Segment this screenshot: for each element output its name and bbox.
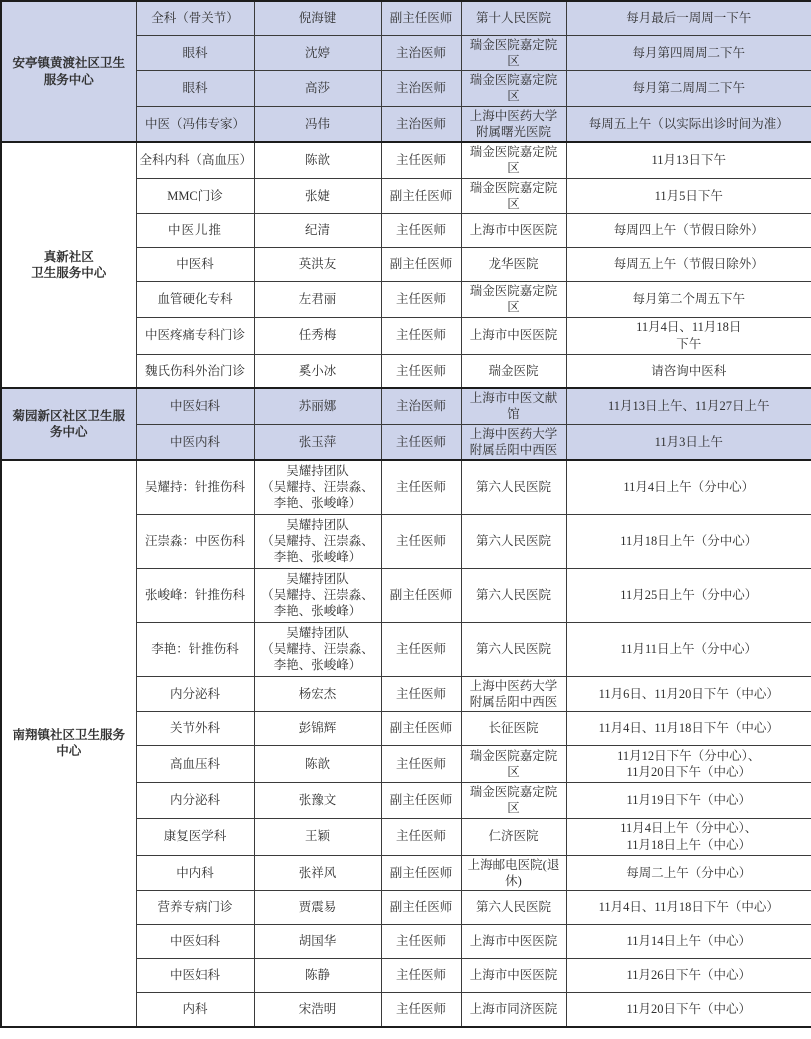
hospital-cell: 瑞金医院嘉定院 区 — [461, 746, 566, 783]
hospital-cell: 第十人民医院 — [461, 1, 566, 35]
schedule-cell: 11月4日上午（分中心）、 11月18日上午（中心） — [566, 818, 811, 855]
doctor-title-cell: 副主任医师 — [381, 855, 461, 891]
doctor-title-cell: 主任医师 — [381, 282, 461, 318]
department-cell: 关节外科 — [136, 712, 254, 746]
doctor-title-cell: 主任医师 — [381, 676, 461, 712]
doctor-name-cell: 吴耀持团队 （吴耀持、汪崇淼、 李艳、张峻峰） — [254, 514, 381, 568]
department-cell: 内分泌科 — [136, 676, 254, 712]
doctor-title-cell: 主任医师 — [381, 925, 461, 959]
doctor-title-cell: 副主任医师 — [381, 891, 461, 925]
doctor-title-cell: 主任医师 — [381, 514, 461, 568]
doctor-title-cell: 主任医师 — [381, 818, 461, 855]
doctor-name-cell: 冯伟 — [254, 106, 381, 142]
doctor-title-cell: 副主任医师 — [381, 783, 461, 819]
doctor-title-cell: 主任医师 — [381, 959, 461, 993]
doctor-title-cell: 副主任医师 — [381, 712, 461, 746]
hospital-cell: 上海市中医文献 馆 — [461, 388, 566, 424]
hospital-cell: 瑞金医院嘉定院 区 — [461, 71, 566, 107]
schedule-cell: 每月第二周周二下午 — [566, 71, 811, 107]
doctor-title-cell: 主治医师 — [381, 35, 461, 71]
department-cell: 全科内科（高血压） — [136, 142, 254, 178]
hospital-cell: 上海中医药大学 附属岳阳中西医 — [461, 424, 566, 460]
doctor-name-cell: 英洪友 — [254, 248, 381, 282]
doctor-title-cell: 主任医师 — [381, 424, 461, 460]
table-row: 安亭镇黄渡社区卫生 服务中心全科（骨关节）倪海键副主任医师第十人民医院每月最后一… — [1, 1, 811, 35]
department-cell: 中医科 — [136, 248, 254, 282]
hospital-cell: 第六人民医院 — [461, 891, 566, 925]
department-cell: 营养专病门诊 — [136, 891, 254, 925]
schedule-cell: 每周四上午（节假日除外） — [566, 214, 811, 248]
department-cell: 眼科 — [136, 71, 254, 107]
schedule-cell: 11月20日下午（中心） — [566, 993, 811, 1027]
schedule-cell: 11月4日上午（分中心） — [566, 460, 811, 514]
department-cell: 血管硬化专科 — [136, 282, 254, 318]
doctor-title-cell: 主治医师 — [381, 388, 461, 424]
hospital-cell: 上海市中医医院 — [461, 214, 566, 248]
hospital-cell: 龙华医院 — [461, 248, 566, 282]
schedule-cell: 每月最后一周周一下午 — [566, 1, 811, 35]
doctor-title-cell: 副主任医师 — [381, 178, 461, 214]
department-cell: 内科 — [136, 993, 254, 1027]
doctor-name-cell: 宋浩明 — [254, 993, 381, 1027]
schedule-cell: 11月19日下午（中心） — [566, 783, 811, 819]
table-row: 南翔镇社区卫生服务 中心吴耀持：针推伤科吴耀持团队 （吴耀持、汪崇淼、 李艳、张… — [1, 460, 811, 514]
hospital-cell: 上海市中医医院 — [461, 925, 566, 959]
department-cell: 中医妇科 — [136, 959, 254, 993]
hospital-cell: 瑞金医院嘉定院 区 — [461, 142, 566, 178]
doctor-title-cell: 副主任医师 — [381, 1, 461, 35]
department-cell: 汪崇淼：中医伤科 — [136, 514, 254, 568]
department-cell: 魏氏伤科外治门诊 — [136, 354, 254, 388]
doctor-title-cell: 主治医师 — [381, 106, 461, 142]
table-row: 真新社区 卫生服务中心全科内科（高血压）陈歆主任医师瑞金医院嘉定院 区11月13… — [1, 142, 811, 178]
department-cell: 张峻峰：针推伤科 — [136, 568, 254, 622]
hospital-cell: 仁济医院 — [461, 818, 566, 855]
schedule-cell: 11月4日、11月18日下午（中心） — [566, 712, 811, 746]
department-cell: 吴耀持：针推伤科 — [136, 460, 254, 514]
doctor-title-cell: 副主任医师 — [381, 248, 461, 282]
doctor-name-cell: 杨宏杰 — [254, 676, 381, 712]
schedule-cell: 每周二上午（分中心） — [566, 855, 811, 891]
doctor-schedule-table: 安亭镇黄渡社区卫生 服务中心全科（骨关节）倪海键副主任医师第十人民医院每月最后一… — [0, 0, 811, 1028]
doctor-name-cell: 奚小冰 — [254, 354, 381, 388]
hospital-cell: 瑞金医院嘉定院 区 — [461, 35, 566, 71]
doctor-name-cell: 王颖 — [254, 818, 381, 855]
department-cell: 中内科 — [136, 855, 254, 891]
doctor-title-cell: 主任医师 — [381, 354, 461, 388]
schedule-cell: 请咨询中医科 — [566, 354, 811, 388]
schedule-cell: 11月4日、11月18日 下午 — [566, 317, 811, 354]
doctor-name-cell: 陈歆 — [254, 142, 381, 178]
health-center-name-cell: 安亭镇黄渡社区卫生 服务中心 — [1, 1, 136, 142]
department-cell: 高血压科 — [136, 746, 254, 783]
doctor-name-cell: 苏丽娜 — [254, 388, 381, 424]
doctor-name-cell: 左君丽 — [254, 282, 381, 318]
hospital-cell: 瑞金医院 — [461, 354, 566, 388]
hospital-cell: 长征医院 — [461, 712, 566, 746]
doctor-title-cell: 主任医师 — [381, 622, 461, 676]
department-cell: 康复医学科 — [136, 818, 254, 855]
hospital-cell: 第六人民医院 — [461, 460, 566, 514]
doctor-title-cell: 主任医师 — [381, 746, 461, 783]
doctor-name-cell: 贾震易 — [254, 891, 381, 925]
schedule-cell: 每月第四周周二下午 — [566, 35, 811, 71]
schedule-cell: 11月18日上午（分中心） — [566, 514, 811, 568]
hospital-cell: 第六人民医院 — [461, 622, 566, 676]
department-cell: 中医（冯伟专家） — [136, 106, 254, 142]
schedule-cell: 11月12日下午（分中心）、 11月20日下午（中心） — [566, 746, 811, 783]
doctor-name-cell: 张祥风 — [254, 855, 381, 891]
schedule-cell: 11月5日下午 — [566, 178, 811, 214]
schedule-cell: 11月25日上午（分中心） — [566, 568, 811, 622]
schedule-cell: 11月3日上午 — [566, 424, 811, 460]
schedule-cell: 11月26日下午（中心） — [566, 959, 811, 993]
department-cell: 中医妇科 — [136, 388, 254, 424]
doctor-name-cell: 张豫文 — [254, 783, 381, 819]
department-cell: 全科（骨关节） — [136, 1, 254, 35]
schedule-cell: 11月11日上午（分中心） — [566, 622, 811, 676]
doctor-title-cell: 主任医师 — [381, 142, 461, 178]
schedule-cell: 每周五上午（节假日除外） — [566, 248, 811, 282]
department-cell: 中医疼痛专科门诊 — [136, 317, 254, 354]
hospital-cell: 瑞金医院嘉定院 区 — [461, 282, 566, 318]
hospital-cell: 瑞金医院嘉定院 区 — [461, 783, 566, 819]
schedule-cell: 11月4日、11月18日下午（中心） — [566, 891, 811, 925]
hospital-cell: 上海市中医医院 — [461, 959, 566, 993]
doctor-name-cell: 纪清 — [254, 214, 381, 248]
hospital-cell: 上海邮电医院(退 休) — [461, 855, 566, 891]
doctor-name-cell: 吴耀持团队 （吴耀持、汪崇淼、 李艳、张峻峰） — [254, 568, 381, 622]
doctor-name-cell: 任秀梅 — [254, 317, 381, 354]
schedule-cell: 11月14日上午（中心） — [566, 925, 811, 959]
department-cell: MMC门诊 — [136, 178, 254, 214]
doctor-title-cell: 副主任医师 — [381, 568, 461, 622]
doctor-title-cell: 主任医师 — [381, 993, 461, 1027]
doctor-name-cell: 沈婷 — [254, 35, 381, 71]
doctor-name-cell: 陈歆 — [254, 746, 381, 783]
doctor-name-cell: 彭锦辉 — [254, 712, 381, 746]
doctor-title-cell: 主治医师 — [381, 71, 461, 107]
hospital-cell: 上海中医药大学 附属岳阳中西医 — [461, 676, 566, 712]
doctor-title-cell: 主任医师 — [381, 317, 461, 354]
hospital-cell: 上海中医药大学 附属曙光医院 — [461, 106, 566, 142]
doctor-title-cell: 主任医师 — [381, 460, 461, 514]
doctor-name-cell: 陈静 — [254, 959, 381, 993]
schedule-cell: 11月6日、11月20日下午（中心） — [566, 676, 811, 712]
schedule-cell: 每周五上午（以实际出诊时间为准） — [566, 106, 811, 142]
department-cell: 李艳：针推伤科 — [136, 622, 254, 676]
hospital-cell: 瑞金医院嘉定院 区 — [461, 178, 566, 214]
hospital-cell: 上海市中医医院 — [461, 317, 566, 354]
doctor-name-cell: 高莎 — [254, 71, 381, 107]
doctor-name-cell: 张婕 — [254, 178, 381, 214]
table-row: 菊园新区社区卫生服 务中心中医妇科苏丽娜主治医师上海市中医文献 馆11月13日上… — [1, 388, 811, 424]
hospital-cell: 第六人民医院 — [461, 514, 566, 568]
department-cell: 眼科 — [136, 35, 254, 71]
hospital-cell: 第六人民医院 — [461, 568, 566, 622]
doctor-name-cell: 胡国华 — [254, 925, 381, 959]
doctor-name-cell: 张玉萍 — [254, 424, 381, 460]
doctor-name-cell: 吴耀持团队 （吴耀持、汪崇淼、 李艳、张峻峰） — [254, 460, 381, 514]
health-center-name-cell: 真新社区 卫生服务中心 — [1, 142, 136, 388]
schedule-cell: 11月13日上午、11月27日上午 — [566, 388, 811, 424]
doctor-title-cell: 主任医师 — [381, 214, 461, 248]
department-cell: 内分泌科 — [136, 783, 254, 819]
hospital-cell: 上海市同济医院 — [461, 993, 566, 1027]
department-cell: 中医内科 — [136, 424, 254, 460]
department-cell: 中医妇科 — [136, 925, 254, 959]
table-body: 安亭镇黄渡社区卫生 服务中心全科（骨关节）倪海键副主任医师第十人民医院每月最后一… — [1, 1, 811, 1027]
schedule-cell: 11月13日下午 — [566, 142, 811, 178]
health-center-name-cell: 菊园新区社区卫生服 务中心 — [1, 388, 136, 460]
doctor-name-cell: 吴耀持团队 （吴耀持、汪崇淼、 李艳、张峻峰） — [254, 622, 381, 676]
health-center-name-cell: 南翔镇社区卫生服务 中心 — [1, 460, 136, 1027]
schedule-cell: 每月第二个周五下午 — [566, 282, 811, 318]
doctor-name-cell: 倪海键 — [254, 1, 381, 35]
department-cell: 中医儿推 — [136, 214, 254, 248]
